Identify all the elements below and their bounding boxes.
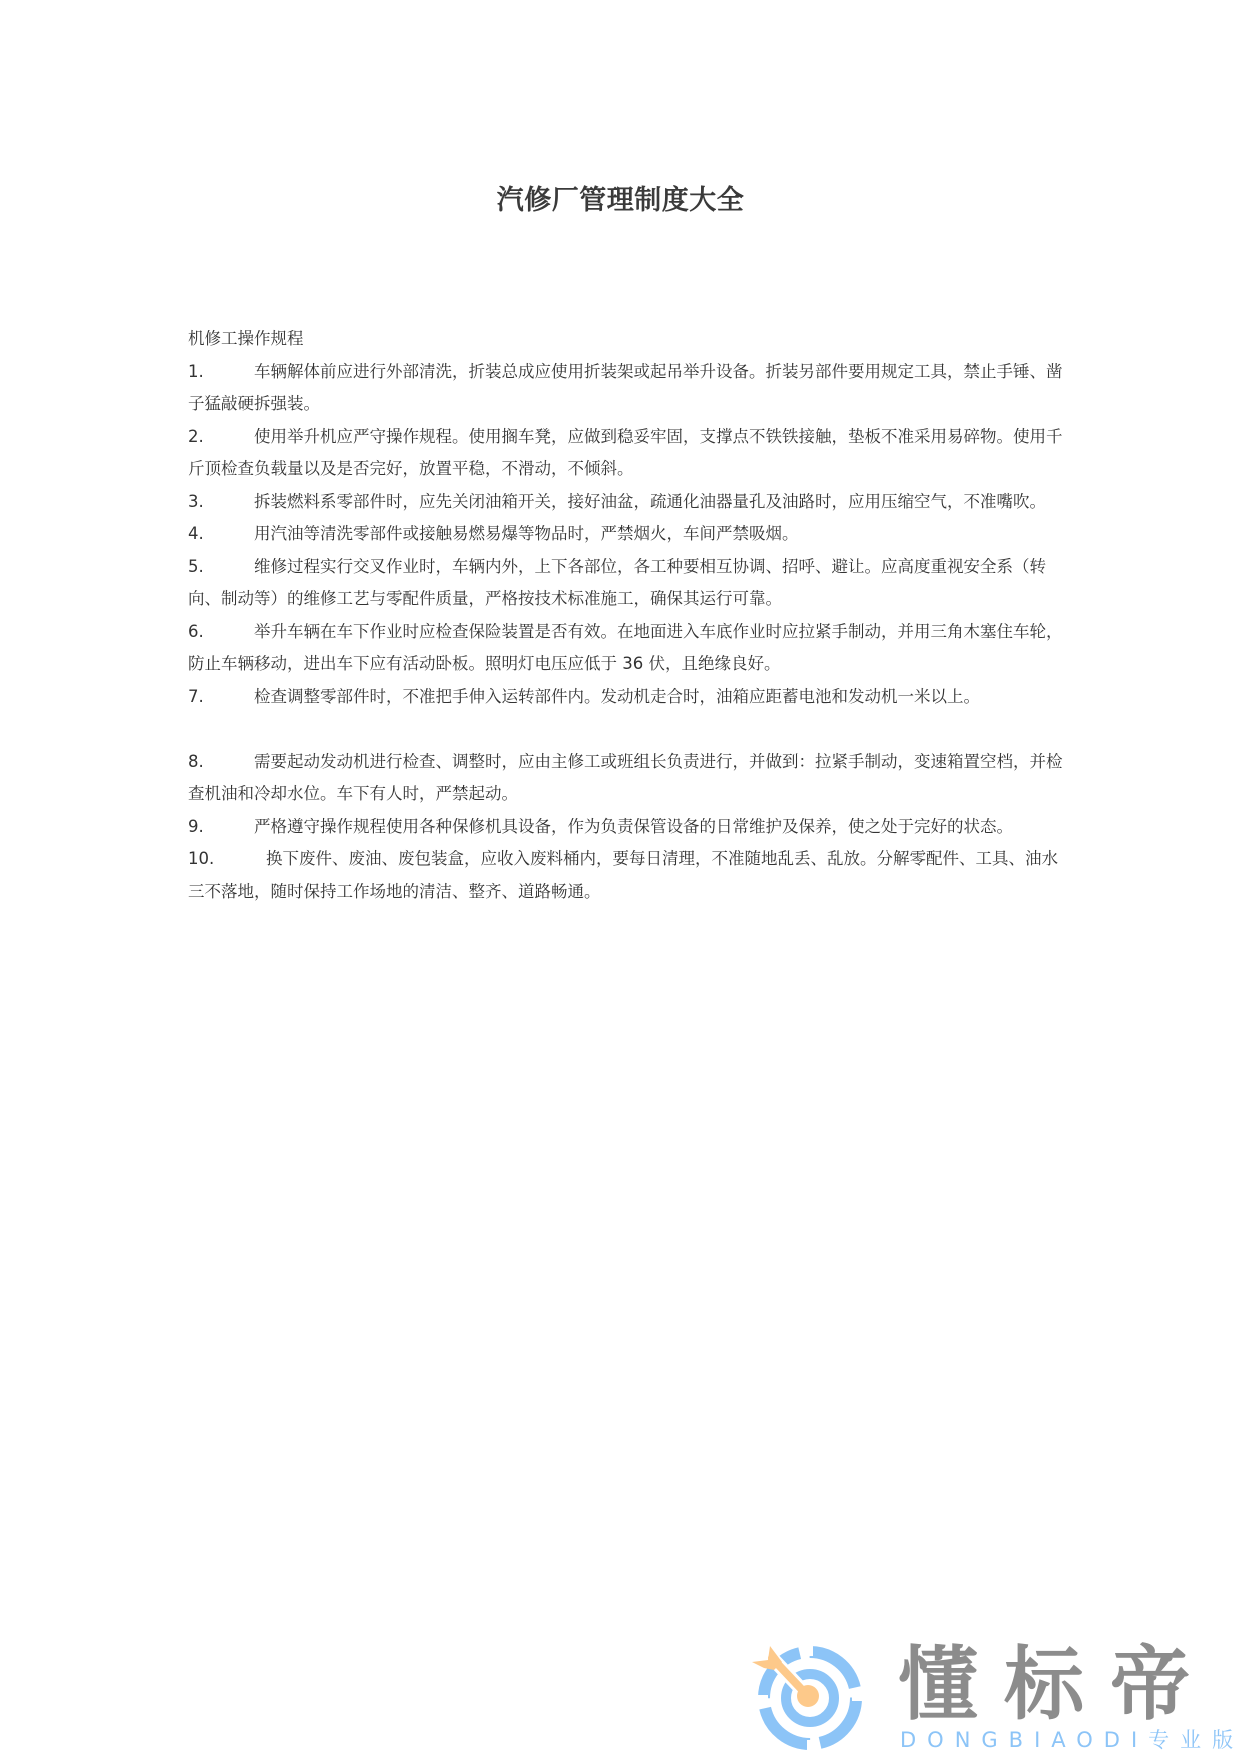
item-number: 4.	[188, 518, 254, 551]
list-item: 8.需要起动发动机进行检查、调整时，应由主修工或班组长负责进行，并做到：拉紧手制…	[188, 746, 1068, 811]
list-item: 7.检查调整零部件时，不准把手伸入运转部件内。发动机走合时，油箱应距蓄电池和发动…	[188, 681, 1068, 714]
item-number: 7.	[188, 681, 254, 714]
paragraph-gap	[188, 713, 1068, 746]
item-text: 使用举升机应严守操作规程。使用搁车凳，应做到稳妥牢固，支撑点不铁铁接触，垫板不准…	[188, 427, 1063, 479]
list-item: 5.维修过程实行交叉作业时，车辆内外，上下各部位，各工种要相互协调、招呼、避让。…	[188, 551, 1068, 616]
list-item: 2.使用举升机应严守操作规程。使用搁车凳，应做到稳妥牢固，支撑点不铁铁接触，垫板…	[188, 421, 1068, 486]
item-text: 举升车辆在车下作业时应检查保险装置是否有效。在地面进入车底作业时应拉紧手制动，并…	[188, 622, 1063, 674]
item-number: 6.	[188, 616, 254, 649]
item-text: 需要起动发动机进行检查、调整时，应由主修工或班组长负责进行，并做到：拉紧手制动，…	[188, 752, 1063, 804]
item-text: 检查调整零部件时，不准把手伸入运转部件内。发动机走合时，油箱应距蓄电池和发动机一…	[254, 687, 980, 706]
item-number: 9.	[188, 811, 254, 844]
list-item: 10.换下废件、废油、废包装盒，应收入废料桶内，要每日清理，不准随地乱丢、乱放。…	[188, 843, 1068, 908]
item-text: 拆装燃料系零部件时，应先关闭油箱开关，接好油盆，疏通化油器量孔及油路时，应用压缩…	[254, 492, 1046, 511]
watermark-pinyin: DONGBIAODI	[900, 1728, 1148, 1752]
watermark-subtitle: DONGBIAODI专业版	[900, 1728, 1241, 1752]
item-number: 10.	[188, 843, 266, 876]
section-heading: 机修工操作规程	[188, 323, 1068, 356]
watermark-brand-name: 懂标帝	[898, 1640, 1216, 1730]
list-item: 3.拆装燃料系零部件时，应先关闭油箱开关，接好油盆，疏通化油器量孔及油路时，应用…	[188, 486, 1068, 519]
item-text: 换下废件、废油、废包装盒，应收入废料桶内，要每日清理，不准随地乱丢、乱放。分解零…	[188, 849, 1058, 901]
list-item: 9.严格遵守操作规程使用各种保修机具设备，作为负责保管设备的日常维护及保养，使之…	[188, 811, 1068, 844]
target-arrow-icon	[748, 1632, 868, 1750]
list-item: 1.车辆解体前应进行外部清洗，折装总成应使用折装架或起吊举升设备。折装另部件要用…	[188, 356, 1068, 421]
page-title: 汽修厂管理制度大全	[0, 178, 1241, 217]
watermark-edition: 专业版	[1148, 1728, 1241, 1752]
document-body: 机修工操作规程 1.车辆解体前应进行外部清洗，折装总成应使用折装架或起吊举升设备…	[188, 323, 1068, 908]
item-text: 用汽油等清洗零部件或接触易燃易爆等物品时，严禁烟火，车间严禁吸烟。	[254, 524, 799, 543]
item-number: 1.	[188, 356, 254, 389]
item-number: 3.	[188, 486, 254, 519]
item-text: 维修过程实行交叉作业时，车辆内外，上下各部位，各工种要相互协调、招呼、避让。应高…	[188, 557, 1046, 609]
item-number: 5.	[188, 551, 254, 584]
item-number: 8.	[188, 746, 254, 779]
list-item: 4.用汽油等清洗零部件或接触易燃易爆等物品时，严禁烟火，车间严禁吸烟。	[188, 518, 1068, 551]
watermark: 懂标帝 DONGBIAODI专业版	[748, 1632, 1218, 1750]
item-text: 严格遵守操作规程使用各种保修机具设备，作为负责保管设备的日常维护及保养，使之处于…	[254, 817, 1013, 836]
item-number: 2.	[188, 421, 254, 454]
list-item: 6.举升车辆在车下作业时应检查保险装置是否有效。在地面进入车底作业时应拉紧手制动…	[188, 616, 1068, 681]
item-text: 车辆解体前应进行外部清洗，折装总成应使用折装架或起吊举升设备。折装另部件要用规定…	[188, 362, 1063, 414]
